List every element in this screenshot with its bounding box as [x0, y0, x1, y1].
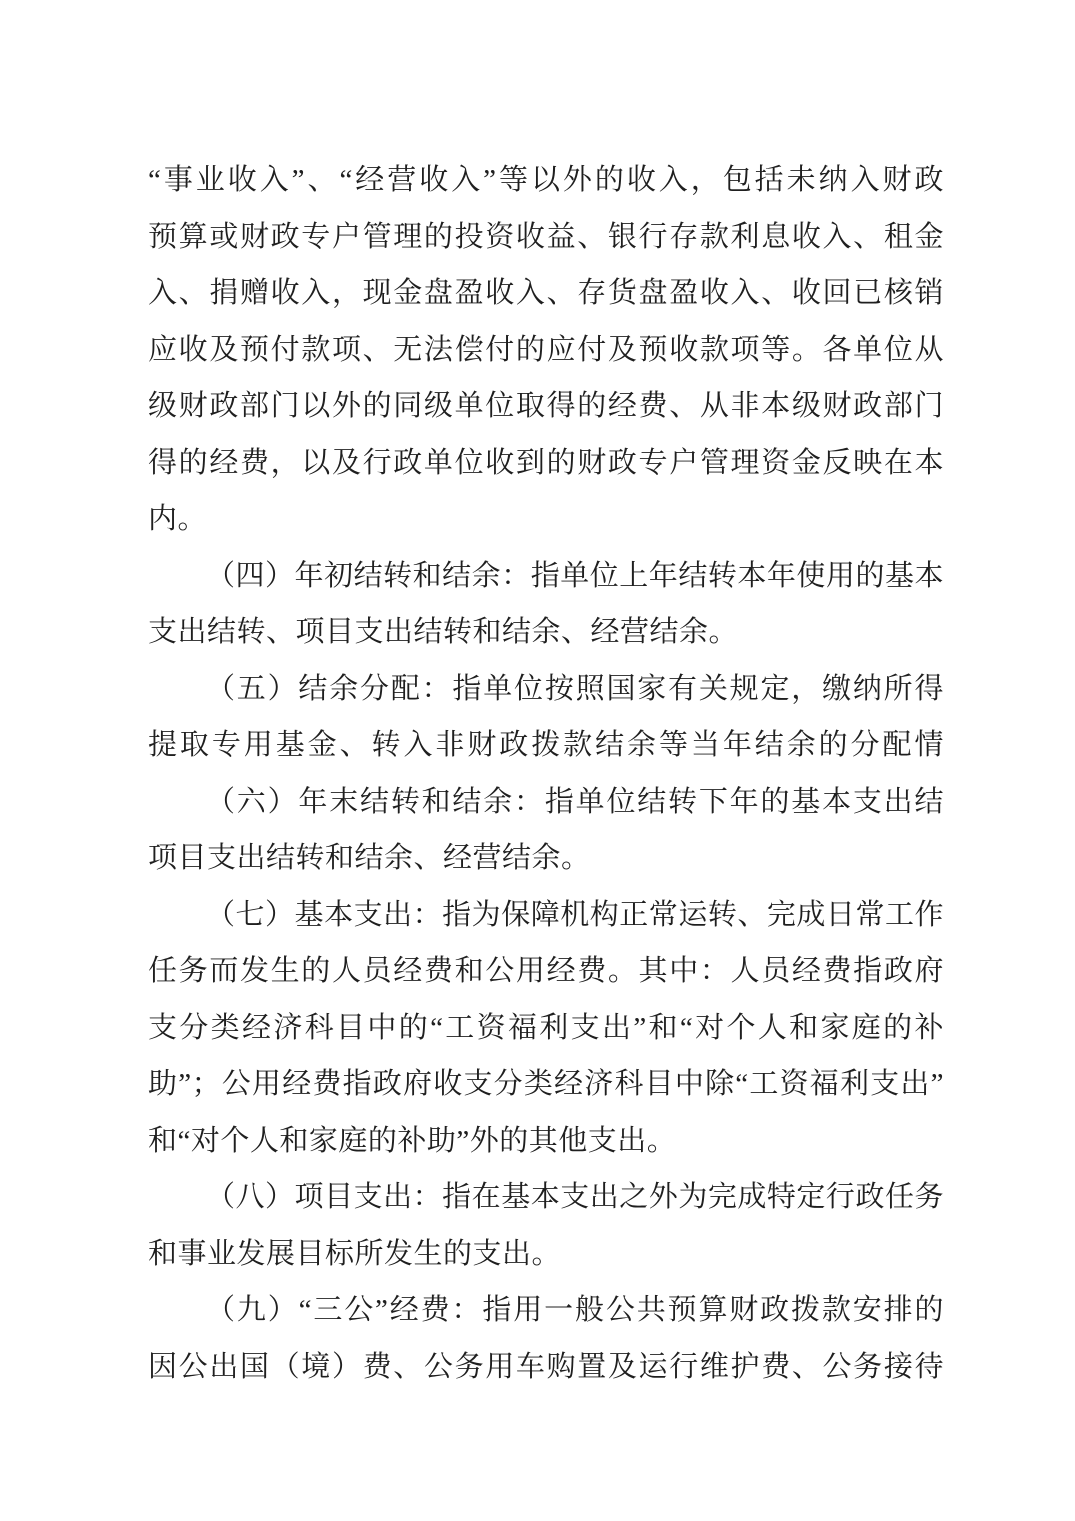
text-line: 应收及预付款项、无法偿付的应付及预收款项等。各单位从本 — [148, 322, 944, 379]
paragraph: （六）年末结转和结余：指单位结转下年的基本支出结转、项目支出结转和结余、经营结余… — [148, 774, 944, 887]
paragraph: （五）结余分配：指单位按照国家有关规定，缴纳所得税、提取专用基金、转入非财政拨款… — [148, 661, 944, 774]
text-line: 入、捐赠收入，现金盘盈收入、存货盘盈收入、收回已核销的 — [148, 265, 944, 322]
paragraph: （八）项目支出：指在基本支出之外为完成特定行政任务和事业发展目标所发生的支出。 — [148, 1169, 944, 1282]
text-line: 内。 — [148, 491, 944, 548]
paragraph: （七）基本支出：指为保障机构正常运转、完成日常工作任务而发生的人员经费和公用经费… — [148, 887, 944, 1170]
text-line: 得的经费，以及行政单位收到的财政专户管理资金反映在本项 — [148, 435, 944, 492]
text-line: （九）“三公”经费：指用一般公共预算财政拨款安排的 — [148, 1282, 944, 1339]
text-line: 支分类经济科目中的“工资福利支出”和“对个人和家庭的补 — [148, 1000, 944, 1057]
text-line: 级财政部门以外的同级单位取得的经费、从非本级财政部门取 — [148, 378, 944, 435]
text-line: 支出结转、项目支出结转和结余、经营结余。 — [148, 604, 944, 661]
text-line: （八）项目支出：指在基本支出之外为完成特定行政任务 — [148, 1169, 944, 1226]
text-line: （四）年初结转和结余：指单位上年结转本年使用的基本 — [148, 548, 944, 605]
text-line: （五）结余分配：指单位按照国家有关规定，缴纳所得税、 — [148, 661, 944, 718]
document-page: “事业收入”、“经营收入”等以外的收入，包括未纳入财政预算或财政专户管理的投资收… — [0, 0, 1075, 1521]
text-line: 任务而发生的人员经费和公用经费。其中：人员经费指政府收 — [148, 943, 944, 1000]
paragraph: “事业收入”、“经营收入”等以外的收入，包括未纳入财政预算或财政专户管理的投资收… — [148, 152, 944, 548]
text-line: 助”；公用经费指政府收支分类经济科目中除“工资福利支出” — [148, 1056, 944, 1113]
text-line: 因公出国（境）费、公务用车购置及运行维护费、公务接待费。 — [148, 1339, 944, 1396]
paragraph: （四）年初结转和结余：指单位上年结转本年使用的基本支出结转、项目支出结转和结余、… — [148, 548, 944, 661]
text-block: “事业收入”、“经营收入”等以外的收入，包括未纳入财政预算或财政专户管理的投资收… — [148, 152, 944, 1395]
paragraph: （九）“三公”经费：指用一般公共预算财政拨款安排的因公出国（境）费、公务用车购置… — [148, 1282, 944, 1395]
text-line: “事业收入”、“经营收入”等以外的收入，包括未纳入财政 — [148, 152, 944, 209]
text-line: （七）基本支出：指为保障机构正常运转、完成日常工作 — [148, 887, 944, 944]
text-line: 和事业发展目标所发生的支出。 — [148, 1226, 944, 1283]
text-line: 项目支出结转和结余、经营结余。 — [148, 830, 944, 887]
text-line: 提取专用基金、转入非财政拨款结余等当年结余的分配情况。 — [148, 717, 944, 774]
text-line: 预算或财政专户管理的投资收益、银行存款利息收入、租金收 — [148, 209, 944, 266]
text-line: （六）年末结转和结余：指单位结转下年的基本支出结转、 — [148, 774, 944, 831]
text-line: 和“对个人和家庭的补助”外的其他支出。 — [148, 1113, 944, 1170]
